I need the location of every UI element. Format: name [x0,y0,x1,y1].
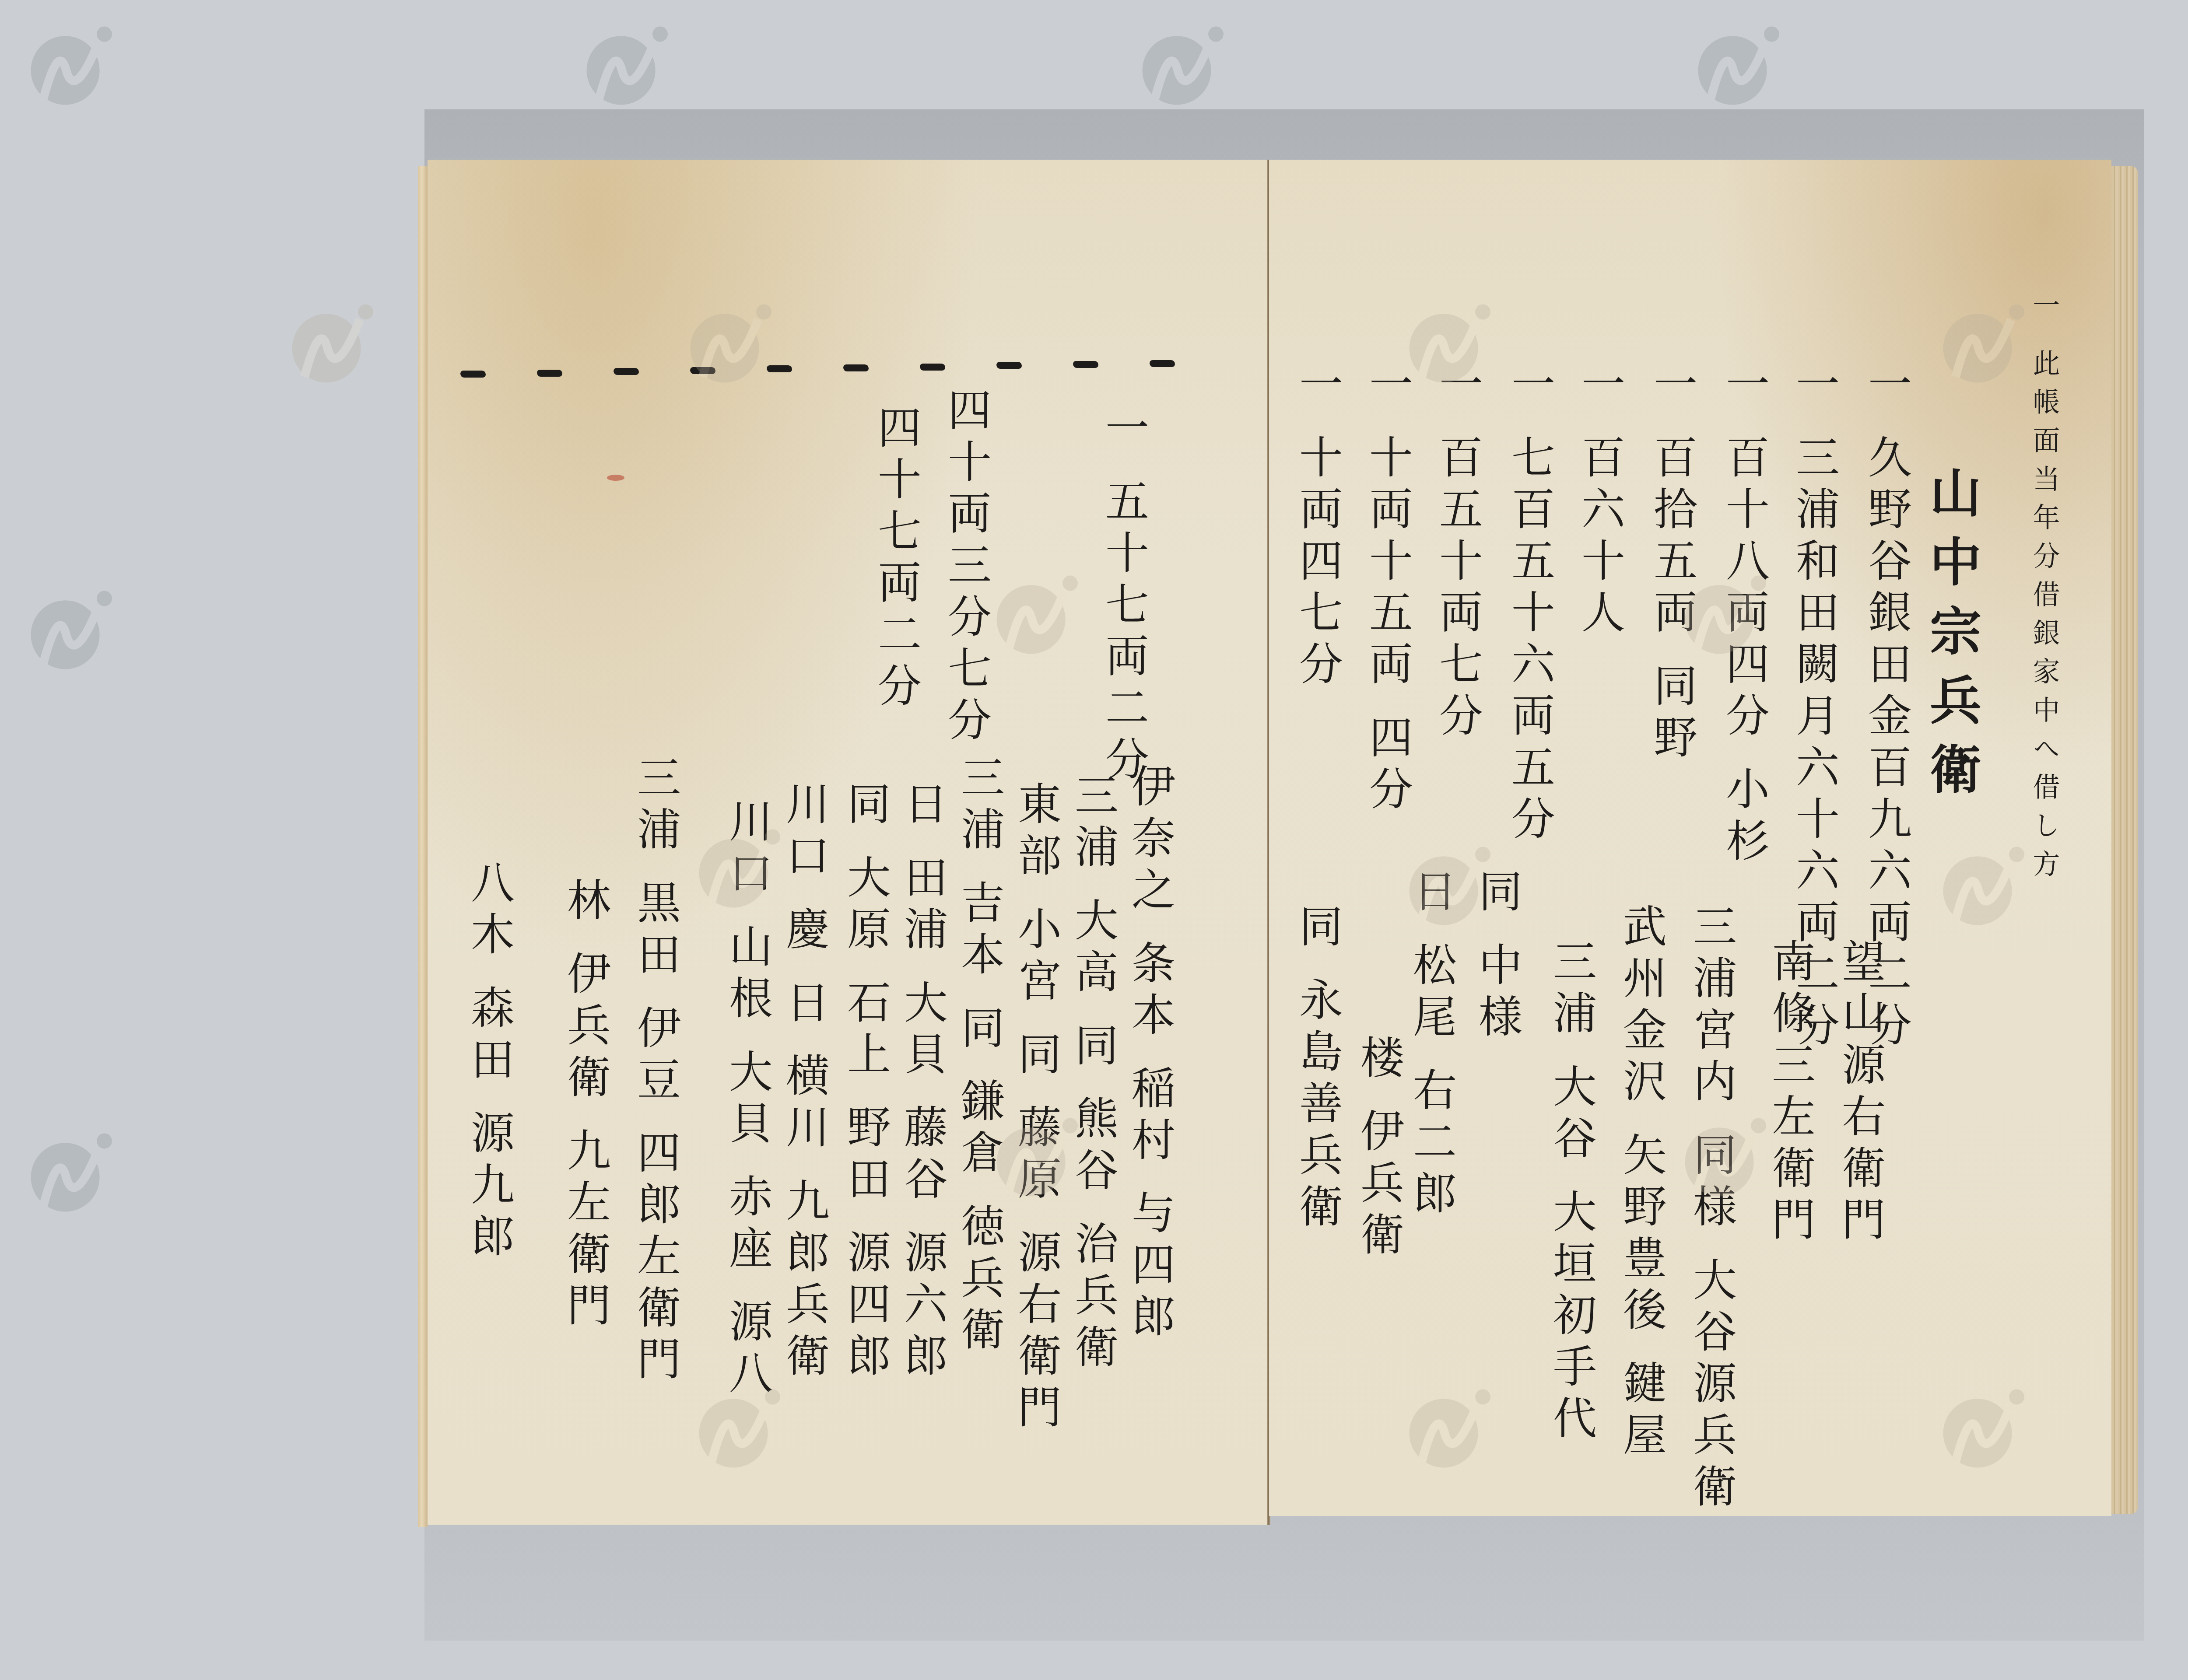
name-column: 三浦 大高 同 熊谷 治兵衛 [1071,772,1115,1375]
watermark-logo [988,562,1084,667]
watermark-logo [1400,1376,1497,1481]
item-marker [1150,360,1175,367]
page-edge-right [2111,166,2138,1514]
ink-stain [607,475,624,481]
watermark-logo [22,577,118,682]
watermark-logo [1934,1376,2030,1481]
payee-name: 三浦 大谷 大垣初手代 [1549,938,1593,1447]
ledger-item: 一 七百五十六両五分 [1508,361,1551,847]
open-book: 一 五十七両二分 四十両三分七分 四十七両二分 伊奈之 条本 稲村 与四郎 三浦… [418,160,2138,1525]
watermark-logo [1400,291,1497,396]
watermark-logo [1934,833,2030,938]
name-column: 川口 慶 日 横川 九郎兵衛 [782,781,826,1384]
item-marker [843,364,869,371]
ledger-item: 一 十両四七分 [1295,361,1339,693]
amount-column: 四十両三分七分 [944,387,988,749]
watermark-logo [1676,1105,1772,1210]
item-marker [920,364,945,371]
payee-name: 南條三左衛門 [1768,938,1812,1248]
watermark-logo [1934,291,2030,396]
payee-name: 武州金沢 矢野豊後 鍵屋 [1619,903,1663,1463]
watermark-logo [1133,13,1230,118]
watermark-logo [690,1376,786,1481]
watermark-logo [1689,13,1785,118]
ledger-title: 山中宗兵衛 [1925,466,1977,812]
ledger-item: 一 百五十両七分 [1435,361,1479,744]
watermark-logo [578,13,674,118]
name-column: 伊奈之 条本 稲村 与四郎 [1128,763,1171,1345]
name-column: 三浦 吉本 同 鎌倉 徳兵衛 [957,755,1001,1358]
watermark-logo [1400,833,1497,938]
name-column: 八木 森田 源九郎 [467,860,511,1265]
ledger-item: 一 十両十五両 四分 [1365,361,1409,818]
header-note: 一 此帳面当年分借銀家中へ借し方 [2030,291,2058,889]
watermark-logo [690,816,786,921]
watermark-logo [1676,562,1772,667]
ledger-item: 一 百六十人 [1578,361,1621,641]
payee-name: 同 永島善兵衛 [1295,903,1339,1235]
amount-column: 一 五十七両二分 [1101,405,1145,788]
name-column: 同 大原 石上 野田 源四郎 [843,781,887,1384]
name-column: 三浦 黒田 伊豆 四郎左衛門 [633,755,677,1388]
watermark-logo [681,291,778,396]
page-edge-left [418,166,428,1527]
item-marker [537,370,562,377]
name-column: 林 伊兵衛 九左衛門 [563,877,607,1334]
item-marker [614,368,639,375]
watermark-logo [988,1105,1084,1210]
watermark-logo [22,13,118,118]
right-page: 一 此帳面当年分借銀家中へ借し方 山中宗兵衛 一 久野谷銀田金百九六両二分 一 … [1269,160,2111,1516]
amount-column: 四十七両二分 [874,405,918,714]
item-marker [1073,361,1098,368]
payee-name: 楼 伊兵衛 [1357,1035,1400,1263]
watermark-logo [22,1120,118,1225]
left-page: 一 五十七両二分 四十両三分七分 四十七両二分 伊奈之 条本 稲村 与四郎 三浦… [428,160,1268,1525]
item-marker [996,362,1022,369]
name-column: 日 田浦 大貝 藤谷 源六郎 [900,781,944,1384]
watermark-logo [283,291,379,396]
item-marker [460,371,486,378]
payee-name: 望山源右衛門 [1838,938,1882,1248]
